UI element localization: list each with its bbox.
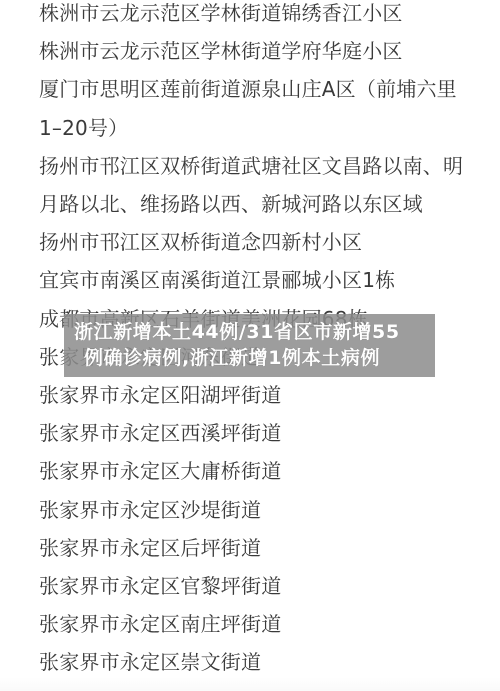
address-line: 张家界市永定区沙堤街道 xyxy=(39,491,469,529)
headline-line-2: 例确诊病例,浙江新增1例本土病例 xyxy=(74,345,435,371)
address-line: 扬州市邗江区双桥街道武塘社区文昌路以南、明 xyxy=(39,147,469,185)
address-line: 1–20号） xyxy=(39,109,469,147)
headline-overlay: 浙江新增本土44例/31省区市新增55 例确诊病例,浙江新增1例本土病例 xyxy=(64,314,435,377)
address-line: 张家界市永定区阳湖坪街道 xyxy=(39,376,469,414)
address-line: 株洲市云龙示范区学林街道学府华庭小区 xyxy=(39,32,469,70)
address-line: 张家界市永定区大庸桥街道 xyxy=(39,452,469,490)
address-line: 厦门市思明区莲前街道源泉山庄A区（前埔六里 xyxy=(39,70,469,108)
address-line: 张家界市永定区南庄坪街道 xyxy=(39,605,469,643)
address-line: 张家界市永定区后坪街道 xyxy=(39,529,469,567)
address-line: 张家界市永定区崇文街道 xyxy=(39,643,469,681)
address-line: 宜宾市南溪区南溪街道江景郦城小区1栋 xyxy=(39,261,469,299)
headline-title: 浙江新增本土44例/31省区市新增55 例确诊病例,浙江新增1例本土病例 xyxy=(74,319,435,371)
address-line: 月路以北、维扬路以西、新城河路以东区域 xyxy=(39,185,469,223)
address-line: 张家界市永定区西溪坪街道 xyxy=(39,414,469,452)
address-line: 株洲市云龙示范区学林街道锦绣香江小区 xyxy=(39,0,469,32)
address-line: 扬州市邗江区双桥街道念四新村小区 xyxy=(39,223,469,261)
address-line: 张家界市永定区官黎坪街道 xyxy=(39,567,469,605)
headline-line-1: 浙江新增本土44例/31省区市新增55 xyxy=(74,321,400,343)
bottom-edge xyxy=(0,677,500,691)
